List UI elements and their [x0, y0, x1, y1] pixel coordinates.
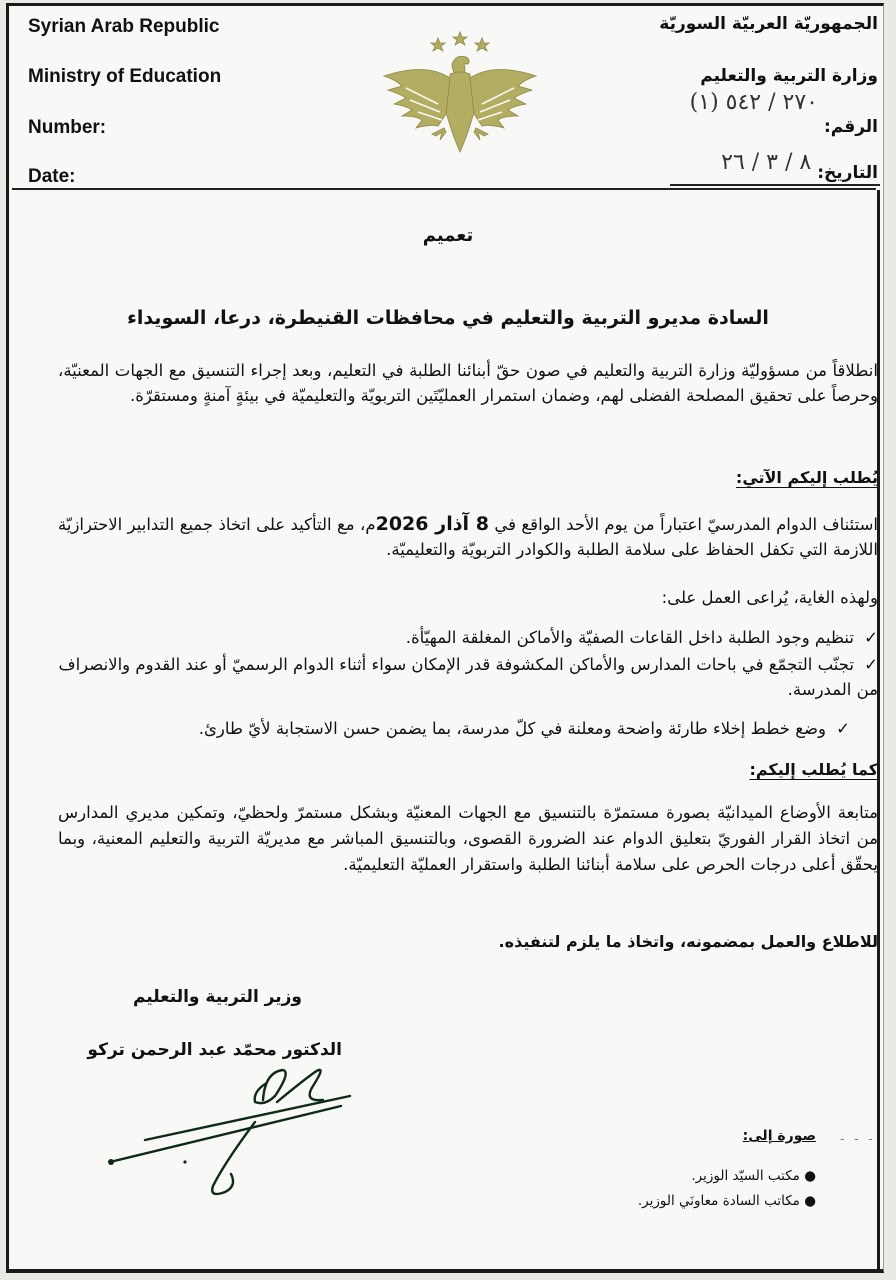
- section2-paragraph: متابعة الأوضاع الميدانيّة بصورة مستمرّة …: [58, 800, 878, 878]
- section1-paragraph: استئناف الدوام المدرسيّ اعتباراً من يوم …: [58, 512, 878, 562]
- check-icon: ✓: [826, 716, 850, 741]
- section1-heading: يُطلب إليكم الآتي:: [736, 468, 878, 487]
- resume-date: 8 آذار 2026: [376, 513, 489, 535]
- letterhead-en-number-label: Number:: [28, 117, 106, 139]
- copies-item: ● مكتب السيّد الوزير.: [691, 1168, 816, 1184]
- checklist-item-text: تجنّب التجمّع في باحات المدارس والأماكن …: [58, 655, 878, 699]
- signatory-title: وزير التربية والتعليم: [133, 987, 302, 1007]
- checklist-item: ✓تجنّب التجمّع في باحات المدارس والأماكن…: [48, 652, 878, 702]
- document-type-title: تعميم: [0, 225, 896, 246]
- checklist-item-text: وضع خطط إخلاء طارئة واضحة ومعلنة في كلّ …: [199, 719, 826, 738]
- letterhead-en-country: Syrian Arab Republic: [28, 16, 219, 38]
- check-icon: ✓: [854, 625, 878, 650]
- intro-paragraph: انطلاقاً من مسؤوليّة وزارة التربية والتع…: [58, 358, 878, 408]
- number-label-ar: الرقم:: [824, 117, 878, 137]
- closing-line: للاطلاع والعمل بمضمونه، واتخاذ ما يلزم ل…: [499, 932, 878, 951]
- section2-heading: كما يُطلب إليكم:: [749, 760, 878, 779]
- copies-item-text: مكاتب السادة معاونَي الوزير.: [638, 1193, 800, 1209]
- section1-lead: ولهذه الغاية، يُراعى العمل على:: [58, 585, 878, 610]
- addressee-line: السادة مديرو التربية والتعليم في محافظات…: [0, 307, 896, 329]
- letterhead-en-date-label: Date:: [28, 166, 76, 188]
- copies-label: صورة إلى:: [743, 1128, 816, 1144]
- checklist-item-text: تنظيم وجود الطلبة داخل القاعات الصفيّة و…: [406, 628, 854, 647]
- date-label-ar: التاريخ:: [817, 163, 878, 183]
- checklist-item: ✓تنظيم وجود الطلبة داخل القاعات الصفيّة …: [48, 625, 878, 650]
- header-divider: [12, 188, 876, 190]
- signature-icon: [105, 1062, 365, 1202]
- letterhead-ar-ministry: وزارة التربية والتعليم: [700, 66, 878, 86]
- margin-dashes: - - -: [840, 1132, 876, 1146]
- date-underline: [670, 184, 880, 186]
- check-icon: ✓: [854, 652, 878, 677]
- checklist-item: ✓وضع خطط إخلاء طارئة واضحة ومعلنة في كلّ…: [50, 716, 850, 741]
- copies-item-text: مكتب السيّد الوزير.: [691, 1168, 800, 1184]
- letterhead-ar-number: الرقم: ٢٧٠ / ٥٤٢ (١): [690, 90, 878, 115]
- copies-item: ● مكاتب السادة معاونَي الوزير.: [638, 1193, 816, 1209]
- letterhead-ar-country: الجمهوريّة العربيّة السوريّة: [659, 14, 878, 34]
- date-value-handwritten: ٨ / ٣ / ٢٦: [721, 150, 811, 175]
- number-value-handwritten: ٢٧٠ / ٥٤٢ (١): [690, 90, 818, 115]
- eagle-emblem-icon: [376, 24, 544, 156]
- letterhead-en-ministry: Ministry of Education: [28, 66, 221, 88]
- signatory-name: الدكتور محمّد عبد الرحمن تركو: [87, 1040, 342, 1060]
- section1-text-pre: استئناف الدوام المدرسيّ اعتباراً من يوم …: [489, 515, 878, 534]
- letterhead-ar-date: التاريخ: ٨ / ٣ / ٢٦: [721, 150, 878, 175]
- page-border-right: [877, 190, 880, 1270]
